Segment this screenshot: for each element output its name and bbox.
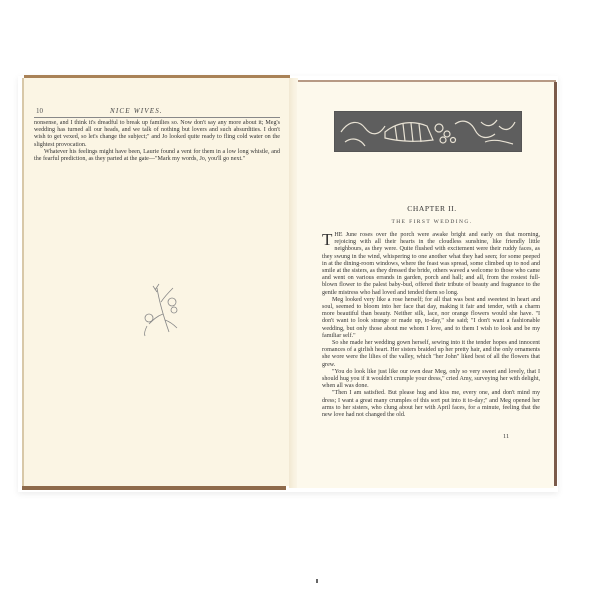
cover-edge-right xyxy=(554,82,557,486)
paragraph: nonsense, and I think it's dreadful to b… xyxy=(34,120,280,149)
cover-edge-bottom xyxy=(22,486,286,490)
running-head: NICE WIVES. xyxy=(110,107,163,115)
page-number-right: 11 xyxy=(503,433,509,440)
floral-sprig-icon xyxy=(135,280,185,340)
decorative-headpiece-icon xyxy=(334,111,522,152)
page-number-left: 10 xyxy=(36,107,43,115)
paragraph: THE June roses over the porch were awake… xyxy=(322,232,540,297)
chapter-subtitle: THE FIRST WEDDING. xyxy=(310,219,554,225)
chapter-title: CHAPTER II. xyxy=(310,204,554,213)
header-rule xyxy=(34,117,280,118)
paragraph-text: HE June roses over the porch were awake … xyxy=(322,232,540,296)
drop-cap: T xyxy=(322,233,332,247)
paragraph: So she made her wedding gown herself, se… xyxy=(322,340,540,369)
paragraph: Meg looked very like a rose herself; for… xyxy=(322,297,540,340)
right-page-text: THE June roses over the porch were awake… xyxy=(322,232,540,419)
left-page-text: nonsense, and I think it's dreadful to b… xyxy=(34,120,280,163)
paragraph: "Then I am satisfied. But please hug and… xyxy=(322,390,540,419)
dust-speck xyxy=(316,579,318,583)
paragraph: Whatever his feelings might have been, L… xyxy=(34,149,280,163)
paragraph: "You do look like just like our own dear… xyxy=(322,369,540,391)
